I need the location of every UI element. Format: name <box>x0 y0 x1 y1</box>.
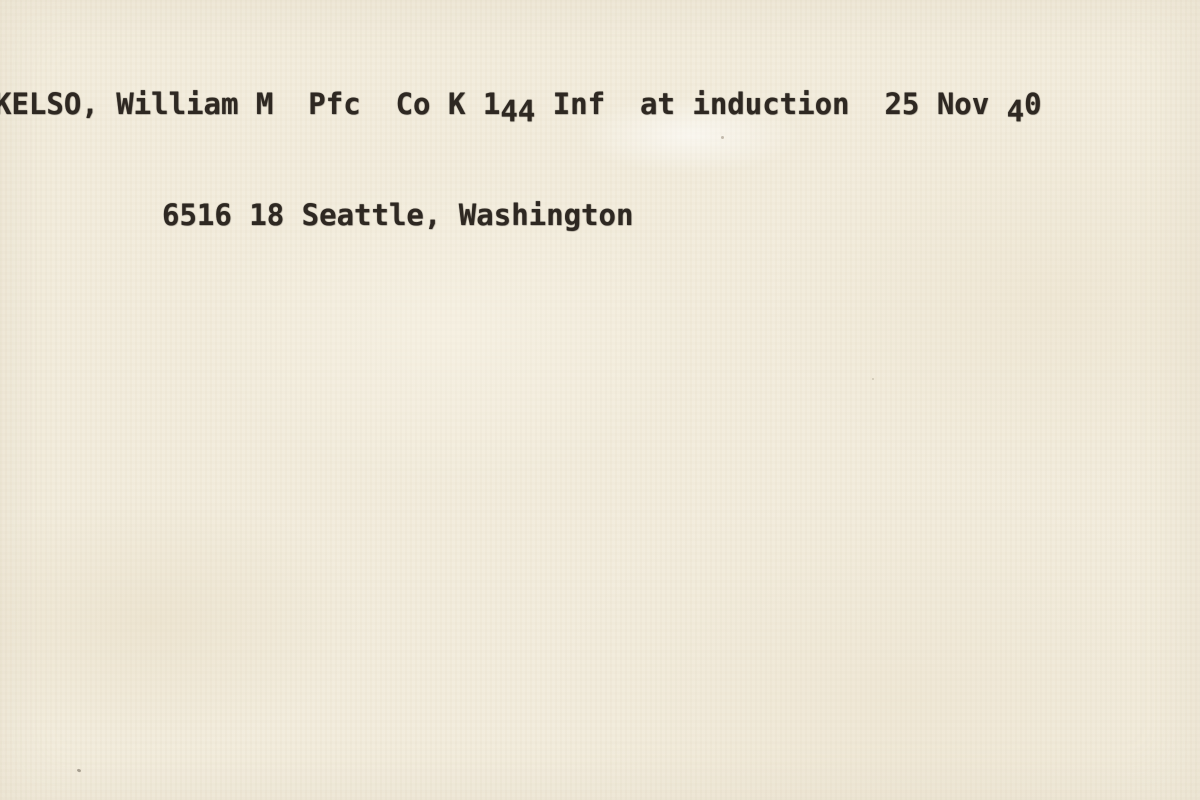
line1-regiment-dropped-fours: 44 <box>500 93 535 130</box>
typewritten-line-2: 6516 18 Seattle, Washington <box>162 197 1042 234</box>
line1-year-zero: 0 <box>1024 87 1041 121</box>
line1-year-dropped-four: 4 <box>1007 93 1024 130</box>
line1-induction-note: Inf at induction 25 Nov <box>535 87 1006 121</box>
paper-speck <box>872 378 874 380</box>
index-card: KELSO, William M Pfc Co K 144 Inf at ind… <box>0 0 1200 800</box>
paper-speck <box>721 136 724 139</box>
paper-speck <box>77 768 82 772</box>
typewritten-line-1: KELSO, William M Pfc Co K 144 Inf at ind… <box>0 86 1042 123</box>
typewritten-text-block: KELSO, William M Pfc Co K 144 Inf at ind… <box>0 12 1042 308</box>
line1-name-rank-unit: KELSO, William M Pfc Co K 1 <box>0 87 500 121</box>
